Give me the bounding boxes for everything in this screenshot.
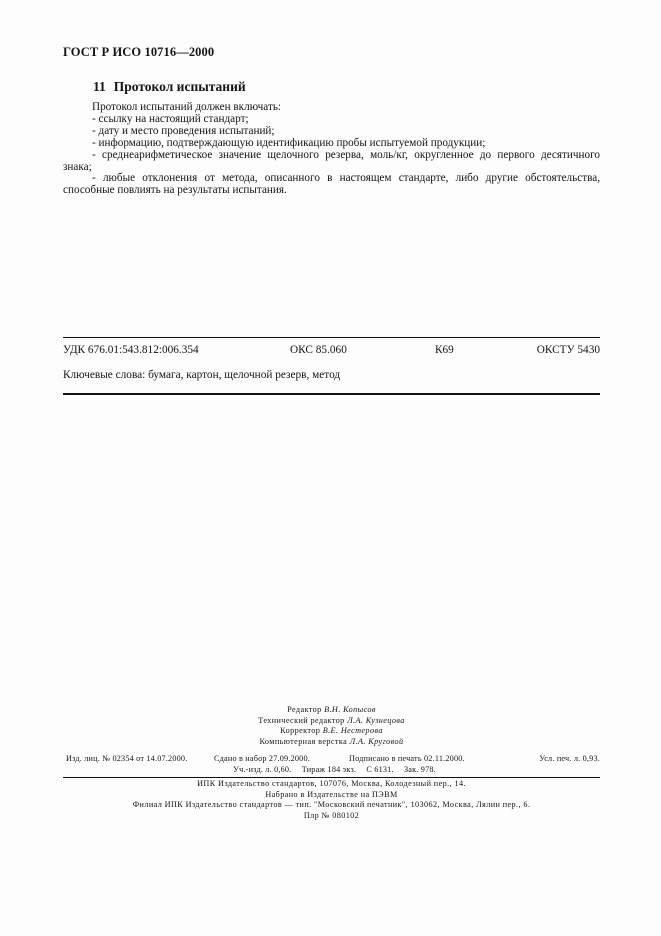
printer-line: Филиал ИПК Издательство стандартов — тип… xyxy=(63,800,600,811)
credit-name: Л.А. Круговой xyxy=(350,737,404,746)
license: Изд. лиц. № 02354 от 14.07.2000. xyxy=(66,754,214,763)
credit-role: Технический редактор xyxy=(258,716,344,725)
c-number: С 6131. xyxy=(366,765,393,774)
credit-line: Технический редактор Л.А. Кузнецова xyxy=(63,716,600,727)
publication-row-2: Уч.-изд. л. 0,60. Тираж 184 экз. С 6131.… xyxy=(63,765,600,774)
circulation: Тираж 184 экз. xyxy=(302,765,356,774)
order-number: Зак. 978. xyxy=(404,765,436,774)
section-body: Протокол испытаний должен включать: - сс… xyxy=(63,102,600,197)
credit-name: Л.А. Кузнецова xyxy=(347,716,405,725)
section-title: Протокол испытаний xyxy=(114,79,246,94)
printer-line: Набрано в Издательстве на ПЭВМ xyxy=(63,790,600,801)
okstu-code: ОКСТУ 5430 xyxy=(537,344,600,356)
divider-publication xyxy=(63,777,600,778)
printer-line: Плр № 080102 xyxy=(63,811,600,822)
print-sheets: Усл. печ. л. 0,93. xyxy=(539,754,600,763)
oks-code: ОКС 85.060 xyxy=(290,344,435,356)
list-item: - дату и место проведения испытаний; xyxy=(63,126,600,138)
credit-role: Редактор xyxy=(287,705,322,714)
udk-code: УДК 676.01:543.812:006.354 xyxy=(63,344,290,356)
list-item: - информацию, подтверждающую идентификац… xyxy=(63,138,600,150)
printer-info: ИПК Издательство стандартов, 107076, Мос… xyxy=(63,779,600,822)
credit-role: Корректор xyxy=(280,726,320,735)
section-heading: 11Протокол испытаний xyxy=(93,79,246,95)
credit-role: Компьютерная верстка xyxy=(259,737,347,746)
typeset-date: Сдано в набор 27.09.2000. xyxy=(214,754,349,763)
classification-row: УДК 676.01:543.812:006.354 ОКС 85.060 К6… xyxy=(63,344,600,356)
credit-line: Корректор В.Е. Нестерова xyxy=(63,726,600,737)
printer-line: ИПК Издательство стандартов, 107076, Мос… xyxy=(63,779,600,790)
credit-name: В.Е. Нестерова xyxy=(323,726,383,735)
divider-top xyxy=(63,337,600,338)
keywords: Ключевые слова: бумага, картон, щелочной… xyxy=(63,369,340,381)
credit-line: Редактор В.Н. Копысов xyxy=(63,705,600,716)
k-code: К69 xyxy=(435,344,537,356)
credit-line: Компьютерная верстка Л.А. Круговой xyxy=(63,737,600,748)
divider-bottom xyxy=(63,393,600,395)
list-item: - среднеарифметическое значение щелочног… xyxy=(63,150,600,174)
credit-name: В.Н. Копысов xyxy=(324,705,376,714)
section-number: 11 xyxy=(93,79,106,94)
editorial-credits: Редактор В.Н. Копысов Технический редакт… xyxy=(63,705,600,747)
list-item: - любые отклонения от метода, описанного… xyxy=(63,173,600,197)
document-header: ГОСТ Р ИСО 10716—2000 xyxy=(63,45,214,60)
publication-row-1: Изд. лиц. № 02354 от 14.07.2000. Сдано в… xyxy=(66,754,600,763)
pub-sheets: Уч.-изд. л. 0,60. xyxy=(233,765,291,774)
signed-date: Подписано в печать 02.11.2000. xyxy=(349,754,539,763)
